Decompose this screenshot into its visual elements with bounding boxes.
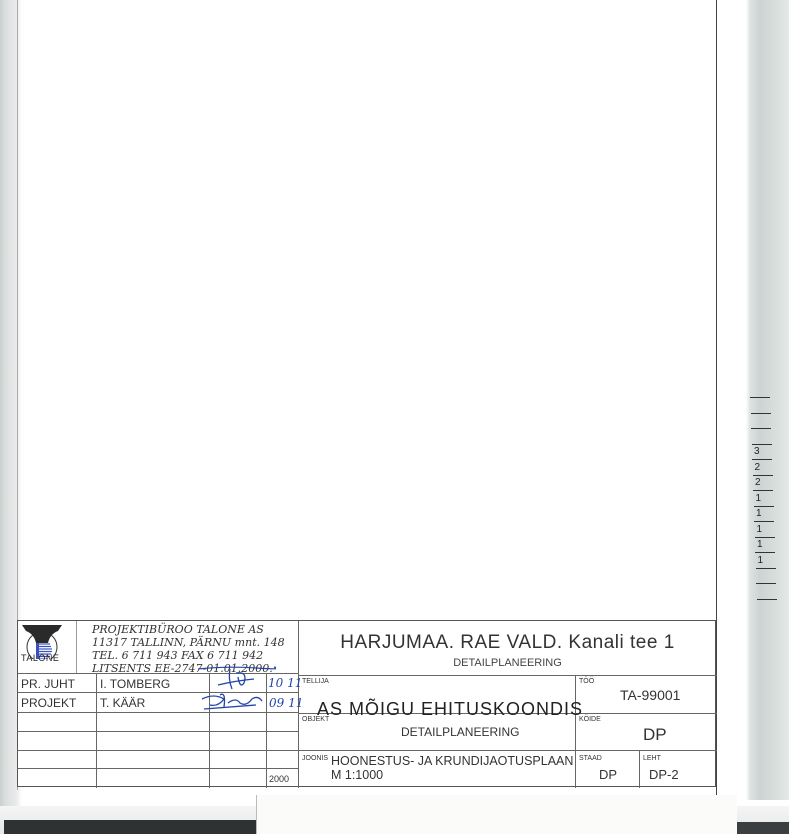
volume-label: KÖIDE — [579, 716, 601, 723]
work-value: TA-99001 — [620, 687, 680, 703]
underlay-tick — [751, 414, 771, 429]
underlay-tick: 3 — [752, 445, 772, 460]
underlay-tick: 1 — [754, 507, 774, 522]
underlying-sheet-ticks: 32211111 — [750, 383, 780, 603]
location-title: HARJUMAA. RAE VALD. Kanali tee 1 — [298, 632, 717, 654]
work-label: TÖÖ — [579, 678, 594, 685]
name-project: T. KÄÄR — [100, 696, 145, 710]
role-project: PROJEKT — [21, 696, 76, 710]
stage-label: STAAD — [579, 755, 602, 762]
stage-value: DP — [599, 767, 617, 782]
location-subtitle: DETAILPLANEERING — [298, 657, 717, 669]
underlay-tick: 1 — [755, 523, 775, 538]
logo-wordmark: TALONE — [21, 653, 59, 663]
underlying-paper-edge — [256, 795, 737, 834]
underlay-tick: 1 — [756, 554, 776, 569]
drawing-label: JOONIS — [302, 755, 328, 762]
underlay-tick: 2 — [753, 476, 773, 491]
date-project-manager: 10 11 — [268, 676, 302, 690]
underlay-tick — [750, 383, 770, 398]
underlay-tick — [756, 569, 776, 584]
sheet-label: LEHT — [643, 755, 661, 762]
title-block: TALONE PROJEKTIBÜROO TALONE AS 11317 TAL… — [17, 620, 716, 787]
object-value: DETAILPLANEERING — [401, 725, 519, 739]
volume-value: DP — [643, 725, 667, 745]
underlay-tick — [752, 430, 772, 445]
year: 2000 — [269, 774, 289, 784]
underlay-tick — [751, 399, 771, 414]
date-project: 09 11 — [269, 696, 303, 710]
signature-project — [200, 689, 266, 715]
client-label: TELLIJA — [302, 678, 329, 685]
underlay-tick: 1 — [755, 538, 775, 553]
underlay-tick: 2 — [753, 461, 773, 476]
scanner-bed-edge — [4, 820, 256, 834]
drawing-value: HOONESTUS- JA KRUNDIJAOTUSPLAAN M 1:1000 — [331, 754, 573, 782]
name-project-manager: I. TOMBERG — [100, 677, 170, 691]
client-value: AS MÕIGU EHITUSKOONDIS — [317, 699, 583, 720]
object-label: OBJEKT — [302, 716, 329, 723]
underlay-tick — [757, 585, 777, 600]
sheet-value: DP-2 — [649, 767, 679, 782]
role-project-manager: PR. JUHT — [21, 677, 75, 691]
underlay-tick: 1 — [754, 492, 774, 507]
